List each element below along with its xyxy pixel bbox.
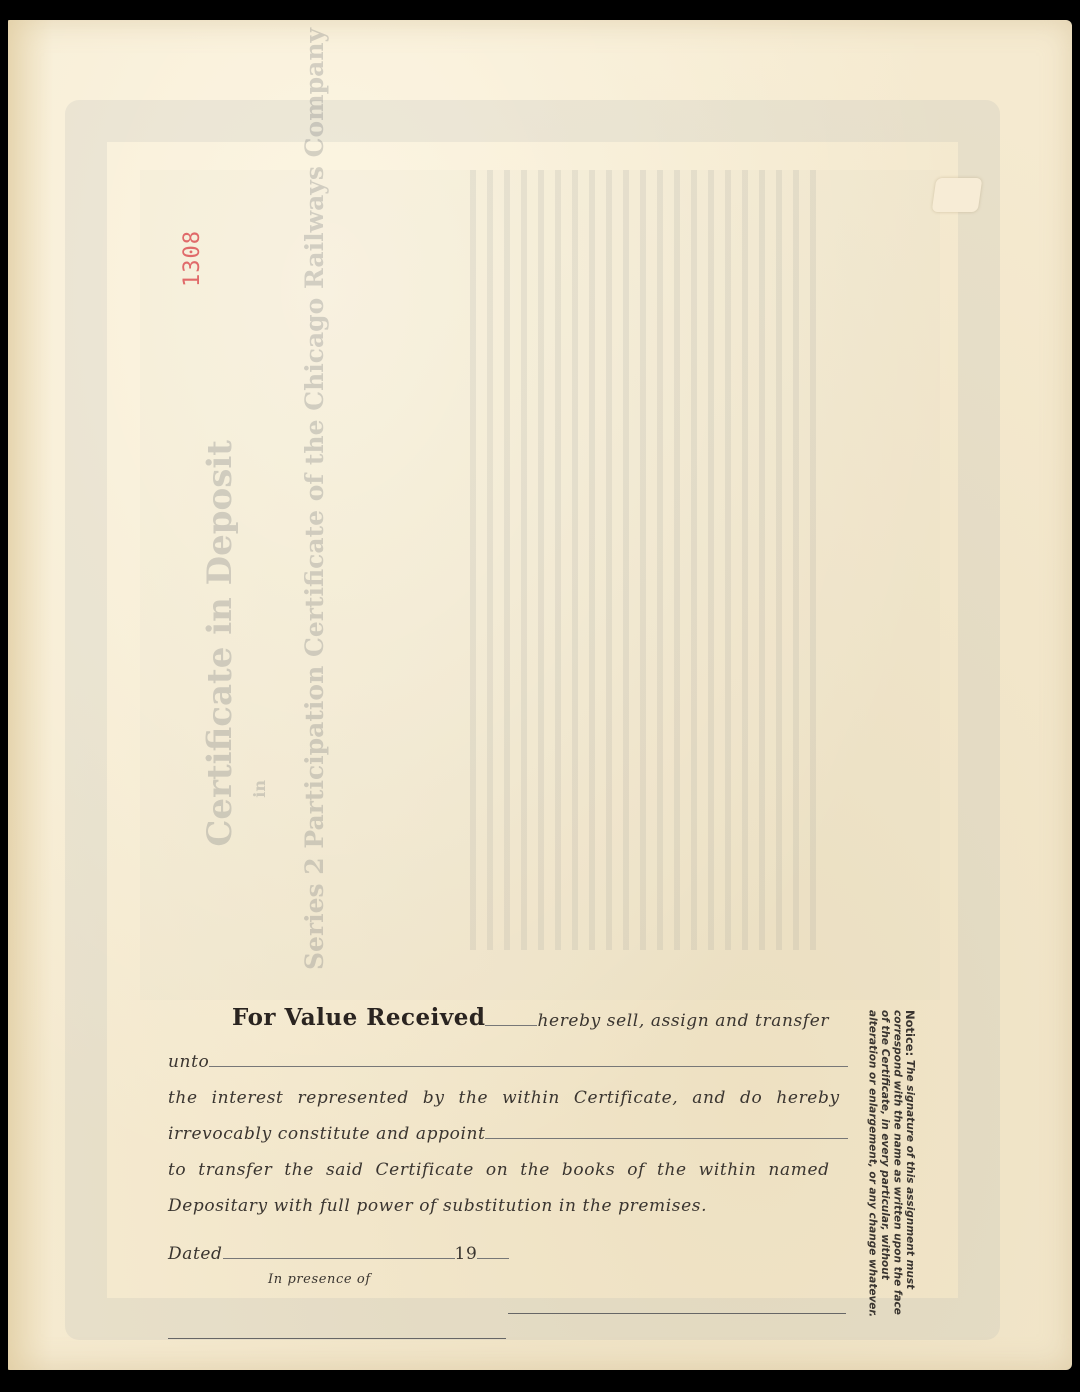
- assignment-line-2: unto: [168, 1052, 848, 1072]
- depositary-text: Depositary with full power of substituti…: [168, 1196, 707, 1216]
- assign-text: hereby sell, assign and transfer: [537, 1011, 829, 1031]
- assignment-line-1: For Value Received hereby sell, assign a…: [168, 1004, 848, 1031]
- witness-signature-line[interactable]: [168, 1338, 506, 1339]
- assignment-line-3: the interest represented by the within C…: [168, 1088, 848, 1108]
- paper-tab-patch: [932, 178, 983, 212]
- attorney-blank[interactable]: [485, 1138, 848, 1139]
- appoint-label: irrevocably constitute and appoint: [168, 1124, 485, 1144]
- assignment-line-6: Depositary with full power of substituti…: [168, 1196, 848, 1216]
- bleed-title-certificate: Certificate in Deposit: [200, 440, 240, 847]
- date-blank[interactable]: [223, 1258, 455, 1259]
- notice-label: Notice:: [903, 1010, 917, 1056]
- notice-sidebar: Notice: The signature of this assignment…: [852, 1010, 916, 1330]
- interest-text: the interest represented by the within C…: [168, 1088, 840, 1108]
- assignor-blank[interactable]: [485, 1025, 537, 1026]
- presence-label: In presence of: [268, 1272, 371, 1287]
- bleed-through-body-text: [470, 170, 820, 950]
- notice-text: The signature of this assignment must co…: [867, 1010, 917, 1317]
- assignee-blank[interactable]: [209, 1066, 848, 1067]
- assignor-signature-line[interactable]: [508, 1313, 846, 1314]
- dated-label: Dated: [168, 1244, 223, 1264]
- for-value-received-heading: For Value Received: [232, 1004, 485, 1031]
- serial-stamp: 1308: [180, 230, 205, 287]
- dated-line: Dated 19: [168, 1244, 848, 1264]
- presence-line: In presence of: [268, 1272, 948, 1287]
- assignment-line-4: irrevocably constitute and appoint: [168, 1124, 848, 1144]
- assignment-line-5: to transfer the said Certificate on the …: [168, 1160, 848, 1180]
- bleed-title-series: Series 2 Participation Certificate of th…: [300, 270, 329, 970]
- page-fold-shadow: [8, 20, 53, 1370]
- year-blank[interactable]: [477, 1258, 509, 1259]
- unto-label: unto: [168, 1052, 209, 1072]
- transfer-text: to transfer the said Certificate on the …: [168, 1160, 830, 1180]
- bleed-title-connector: in: [250, 780, 269, 798]
- year-prefix: 19: [455, 1244, 478, 1264]
